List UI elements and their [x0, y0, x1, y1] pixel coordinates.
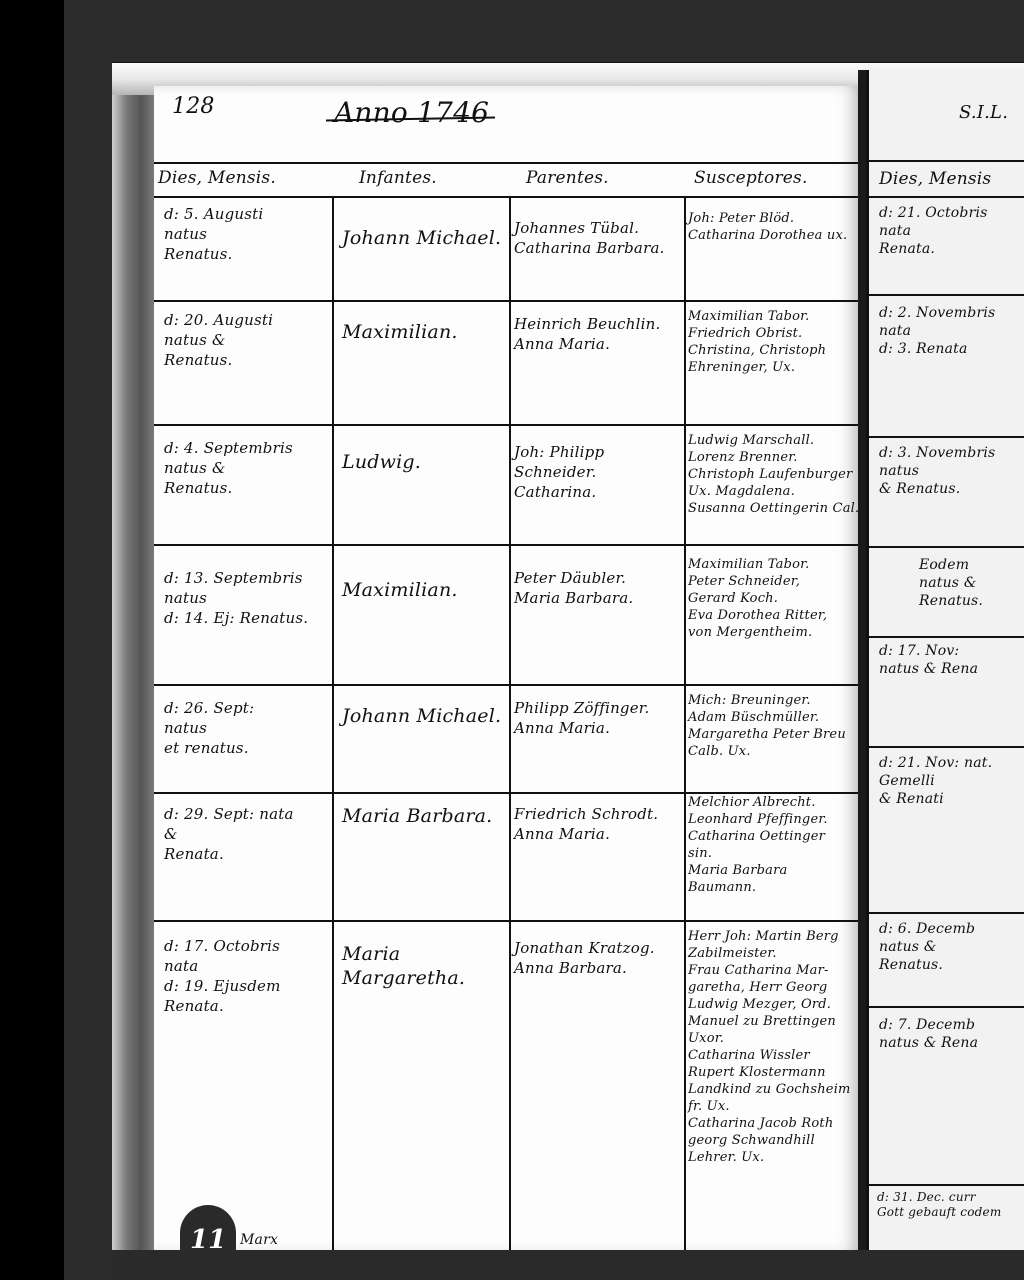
header-bottom-rule [154, 196, 862, 198]
scan-border-left [0, 0, 64, 1280]
entry-godparents: Mich: Breuninger. Adam Büschmüller. Marg… [688, 692, 860, 760]
facing-row-rule [869, 636, 1024, 638]
scan-border-bottom [112, 1250, 1024, 1280]
entry-date: d: 20. Augusti natus & Renatus. [164, 310, 329, 370]
entry-godparents: Ludwig Marschall. Lorenz Brenner. Christ… [688, 432, 860, 517]
facing-row-rule [869, 436, 1024, 438]
entry-infant: Maria Margaretha. [342, 942, 507, 990]
entry-godparents: Herr Joh: Martin Berg Zabilmeister. Frau… [688, 928, 860, 1166]
facing-entry-date: d: 17. Nov: natus & Rena [879, 642, 978, 678]
entry-infant: Johann Michael. [342, 704, 507, 728]
entry-infant: Ludwig. [342, 450, 507, 474]
page-number: 128 [172, 94, 215, 119]
entry-godparents: Maximilian Tabor. Peter Schneider, Gerar… [688, 556, 860, 641]
column-rule-1 [332, 196, 334, 1252]
row-rule [154, 300, 862, 302]
facing-entry-date: d: 6. Decemb natus & Renatus. [879, 920, 975, 974]
entry-parents: Joh: Philipp Schneider. Catharina. [514, 442, 682, 502]
entry-infant: Maximilian. [342, 578, 507, 602]
facing-header-rule [869, 160, 1024, 162]
row-rule [154, 684, 862, 686]
facing-entry-date: Eodem natus & Renatus. [919, 556, 983, 610]
entry-parents: Friedrich Schrodt. Anna Maria. [514, 804, 682, 844]
column-rule-3 [684, 196, 686, 1252]
row-rule [154, 920, 862, 922]
facing-header-rule [869, 196, 1024, 198]
entry-parents: Heinrich Beuchlin. Anna Maria. [514, 314, 682, 354]
facing-entry-date: d: 3. Novembris natus & Renatus. [879, 444, 995, 498]
entry-infant: Maria Barbara. [342, 804, 507, 828]
header-top-rule [154, 162, 862, 164]
facing-entry-date: d: 21. Octobris nata Renata. [879, 204, 988, 258]
facing-entry-date: d: 31. Dec. curr Gott gebauft codem [877, 1190, 1001, 1220]
facing-row-rule [869, 1184, 1024, 1186]
year-heading: Anno 1746 [334, 96, 489, 129]
entry-date: d: 17. Octobris nata d: 19. Ejusdem Rena… [164, 936, 334, 1016]
entry-date: d: 5. Augusti natus Renatus. [164, 204, 329, 264]
entry-parents: Philipp Zöffinger. Anna Maria. [514, 698, 682, 738]
facing-row-rule [869, 546, 1024, 548]
entry-parents: Johannes Tübal. Catharina Barbara. [514, 218, 682, 258]
column-header-susceptores: Susceptores. [694, 168, 808, 188]
entry-date: d: 26. Sept: natus et renatus. [164, 698, 329, 758]
entry-date: d: 13. Septembris natus d: 14. Ej: Renat… [164, 568, 329, 628]
facing-column-header: Dies, Mensis [879, 170, 991, 188]
book-spine [112, 64, 160, 1280]
column-header-parentes: Parentes. [526, 168, 609, 188]
entry-parents: Jonathan Kratzog. Anna Barbara. [514, 938, 682, 978]
column-header-dies: Dies, Mensis. [158, 168, 276, 188]
facing-entry-date: d: 21. Nov: nat. Gemelli & Renati [879, 754, 992, 808]
entry-godparents: Joh: Peter Blöd. Catharina Dorothea ux. [688, 210, 860, 244]
facing-page: S.I.L. Dies, Mensis d: 21. Octobris nata… [866, 70, 1024, 1250]
facing-page-top-mark: S.I.L. [959, 104, 1008, 122]
footer-mark: Marx [240, 1232, 278, 1248]
entry-godparents: Melchior Albrecht. Leonhard Pfeffinger. … [688, 794, 860, 896]
entry-infant: Maximilian. [342, 320, 507, 344]
column-header-infantes: Infantes. [359, 168, 437, 188]
entry-parents: Peter Däubler. Maria Barbara. [514, 568, 682, 608]
page-tab-sticker: 11 [180, 1205, 236, 1280]
register-page: 128 Anno 1746 Dies, Mensis. Infantes. Pa… [154, 86, 862, 1252]
facing-row-rule [869, 746, 1024, 748]
entry-godparents: Maximilian Tabor. Friedrich Obrist. Chri… [688, 308, 860, 376]
entry-infant: Johann Michael. [342, 226, 507, 250]
facing-entry-date: d: 2. Novembris nata d: 3. Renata [879, 304, 995, 358]
facing-row-rule [869, 912, 1024, 914]
row-rule [154, 424, 862, 426]
facing-row-rule [869, 1006, 1024, 1008]
tab-sticker-label: 11 [190, 1225, 226, 1255]
entry-date: d: 29. Sept: nata & Renata. [164, 804, 329, 864]
facing-row-rule [869, 294, 1024, 296]
column-rule-2 [509, 196, 511, 1252]
row-rule [154, 544, 862, 546]
facing-entry-date: d: 7. Decemb natus & Rena [879, 1016, 978, 1052]
entry-date: d: 4. Septembris natus & Renatus. [164, 438, 329, 498]
